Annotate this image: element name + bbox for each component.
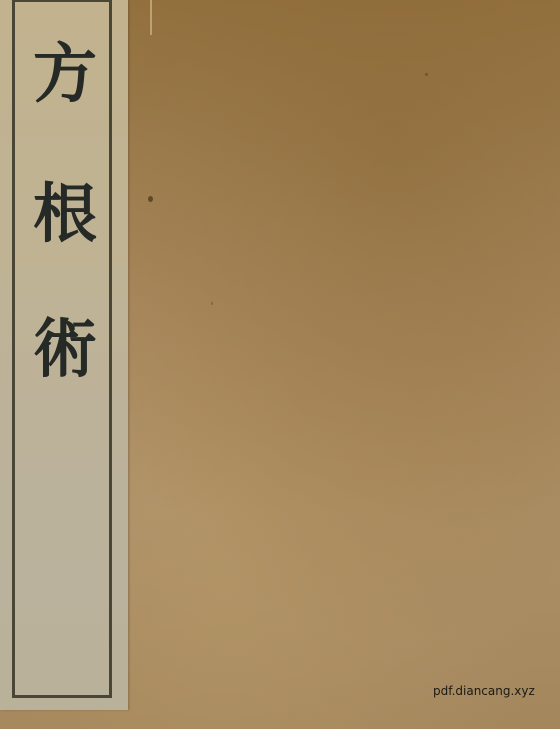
title-slip: 方 根 術: [0, 0, 128, 710]
title-character: 方: [20, 40, 110, 110]
title-character: 術: [20, 315, 110, 385]
ink-spot: [211, 302, 213, 305]
ink-spot: [425, 73, 428, 76]
ink-spot: [148, 196, 153, 202]
book-cover: 方 根 術 pdf.diancang.xyz: [0, 0, 560, 729]
watermark: pdf.diancang.xyz: [433, 684, 535, 698]
paper-crease: [150, 0, 152, 35]
title-character: 根: [20, 180, 110, 250]
